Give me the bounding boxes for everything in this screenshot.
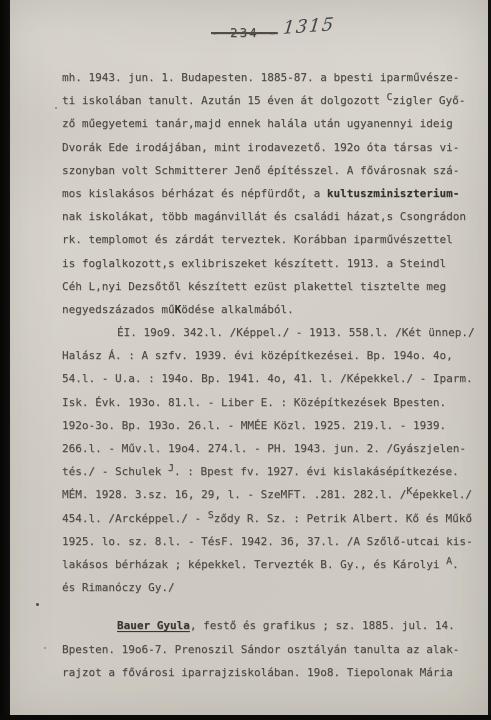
text-line: szonyban volt Schmitterer Jenő építéssze… (62, 159, 466, 182)
text-line: és Rimanóczy Gy./ (62, 576, 466, 599)
paragraph: Bauer Gyula, festő és grafikus ; sz. 188… (62, 614, 466, 684)
text-line: Bauer Gyula, festő és grafikus ; sz. 188… (62, 614, 466, 637)
text-line: 454.l. /Arcképpel./ - Sződy R. Sz. : Pet… (62, 507, 466, 530)
text-line: 1925. lo. sz. 8.l. - TésF. 1942. 36, 37.… (62, 530, 466, 553)
text-line: rk. templomot és zárdát terveztek. Koráb… (62, 228, 466, 251)
text-line: ti iskolában tanult. Azután 15 éven át d… (62, 89, 466, 112)
typewritten-text-block: mh. 1943. jun. 1. Budapesten. 1885-87. a… (62, 66, 466, 684)
handwritten-page-number: 1315 (282, 14, 336, 39)
scan-artifact-dot (55, 107, 57, 109)
text-line: mh. 1943. jun. 1. Budapesten. 1885-87. a… (62, 66, 466, 89)
text-line: Bpesten. 19o6-7. Prenoszil Sándor osztál… (62, 638, 466, 661)
text-line: ző műegyetemi tanár,majd ennek halála ut… (62, 112, 466, 135)
text-line: Dvorák Ede irodájában, mint irodavezető.… (62, 136, 466, 159)
typed-page-number-struck: - 234 - (211, 25, 278, 40)
text-line: 192o-3o. Bp. 193o. 26.l. - MMÉE Közl. 19… (62, 414, 466, 437)
text-line: mos kislakásos bérházat és népfürdőt, a … (62, 182, 466, 205)
scan-artifact-dot (36, 603, 39, 606)
text-line: 266.l. - Műv.l. 19o4. 274.l. - PH. 1943.… (62, 437, 466, 460)
text-line: Céh L,nyi Dezsőtől készített ezüst plake… (62, 275, 466, 298)
scan-artifact-dot (44, 647, 46, 649)
scan-border-left (0, 0, 10, 720)
text-line: MÉM. 1928. 3.sz. 16, 29, l. - SzeMFT. .2… (62, 483, 466, 506)
paragraph: ÉI. 19o9. 342.l. /Képpel./ - 1913. 558.l… (62, 321, 466, 599)
text-line: negyedszázados műKödése alkalmából. (62, 298, 466, 321)
text-line: ÉI. 19o9. 342.l. /Képpel./ - 1913. 558.l… (62, 321, 466, 344)
text-line: Isk. Évk. 193o. 81.l. - Liber E. : Közép… (62, 391, 466, 414)
text-line: Halász Á. : A szfv. 1939. évi középítkez… (62, 344, 466, 367)
scanned-document-page: - 234 - 1315 mh. 1943. jun. 1. Budapeste… (0, 0, 491, 720)
paragraph: mh. 1943. jun. 1. Budapesten. 1885-87. a… (62, 66, 466, 321)
text-line: nak iskolákat, több magánvillát és csalá… (62, 205, 466, 228)
text-line: lakásos bérházak ; képekkel. Tervezték B… (62, 553, 466, 576)
text-line: is foglalkozott,s exlibriszeket készítet… (62, 252, 466, 275)
text-line: tés./ - Schulek J. : Bpest fv. 1927. évi… (62, 460, 466, 483)
text-line: 54.l. - U.a. : 194o. Bp. 1941. 4o, 41. l… (62, 367, 466, 390)
scan-border-bottom (0, 715, 491, 720)
text-line: rajzot a fővárosi iparrajziskolában. 19o… (62, 661, 466, 684)
